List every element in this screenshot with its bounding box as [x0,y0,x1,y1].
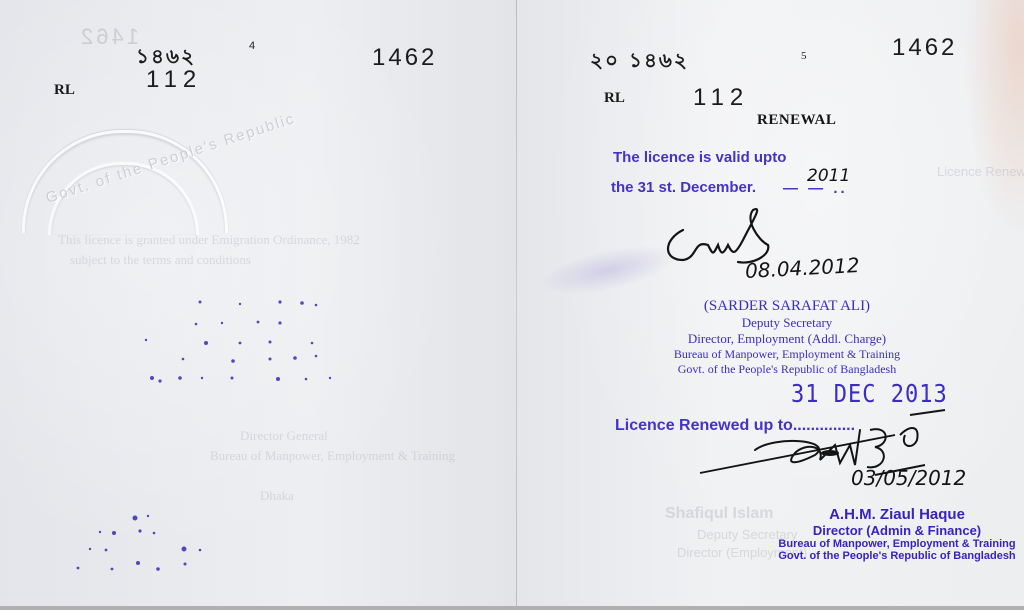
signature-1-date: 08.04.2012 [744,253,860,283]
officer-2-name: A.H.M. Ziaul Haque [777,506,1017,523]
handwritten-year: 2011 [807,166,850,186]
document-spread: 1462 ১৪৬২ 4 1462 RL 112 Govt. of the Peo… [0,0,1024,610]
officer-2-govt: Govt. of the People's Republic of Bangla… [777,550,1017,562]
officer-1-block: (SARDER SARAFAT ALI) Deputy Secretary Di… [657,298,917,377]
officer-1-name: (SARDER SARAFAT ALI) [657,298,917,315]
right-page: ২০ ১৪৬২ 5 1462 RL 112 RENEWAL Licence Re… [517,0,1024,610]
bleed-line: Shafiqul Islam [665,505,773,523]
officer-1-title: Deputy Secretary [657,315,917,331]
bengali-serial: ২০ ১৪৬২ [590,46,689,79]
validity-stamp-line2: the 31 st. December. [611,179,756,196]
officer-1-govt: Govt. of the People's Republic of Bangla… [657,362,917,377]
signature-2-date: 03/05/2012 [851,466,966,490]
officer-2-block: A.H.M. Ziaul Haque Director (Admin & Fin… [777,506,1017,562]
rl-label: RL [604,90,625,107]
left-page: 1462 ১৪৬২ 4 1462 RL 112 Govt. of the Peo… [0,0,517,610]
officer-1-position: Director, Employment (Addl. Charge) [657,331,917,347]
page-number: 5 [801,50,807,62]
faded-stamp [536,236,681,304]
officer-2-bureau: Bureau of Manpower, Employment & Trainin… [777,538,1017,550]
validity-stamp-line1: The licence is valid upto [613,149,786,166]
serial-number: 1462 [892,34,957,62]
paper-stain [964,0,1024,240]
scan-bottom-edge [0,606,1024,610]
officer-1-bureau: Bureau of Manpower, Employment & Trainin… [657,347,917,362]
rl-number: 112 [693,84,749,112]
ink-speckles-icon [0,0,517,610]
officer-2-title: Director (Admin & Finance) [777,523,1017,538]
bleed-line: Licence Renewed up to [937,164,1024,179]
renewal-heading: RENEWAL [757,112,836,129]
